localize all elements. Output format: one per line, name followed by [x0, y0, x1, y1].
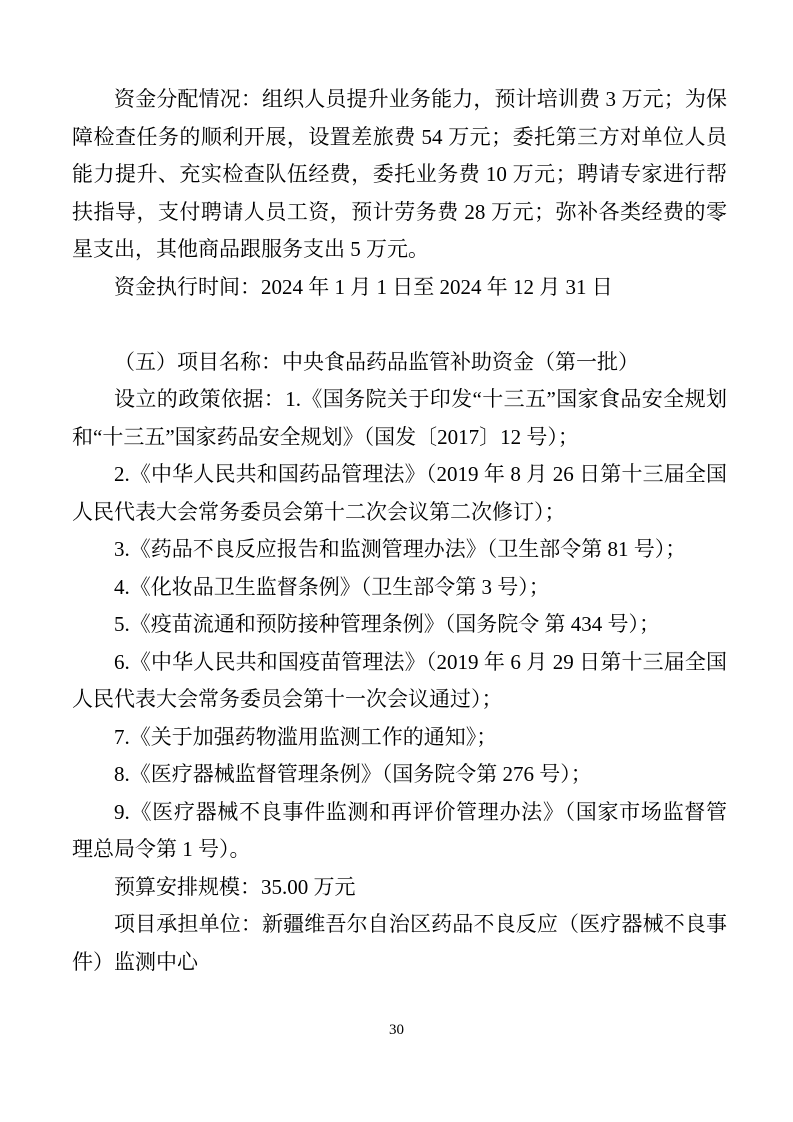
paragraph-policy-basis-7: 7.《关于加强药物滥用监测工作的通知》；	[72, 719, 727, 757]
document-page: 资金分配情况：组织人员提升业务能力，预计培训费 3 万元；为保障检查任务的顺利开…	[0, 0, 793, 1122]
paragraph-policy-basis-8: 8.《医疗器械监督管理条例》（国务院令第 276 号）；	[72, 756, 727, 794]
paragraph-budget-scale: 预算安排规模：35.00 万元	[72, 869, 727, 907]
paragraph-undertaking-unit: 项目承担单位：新疆维吾尔自治区药品不良反应（医疗器械不良事件）监测中心	[72, 906, 727, 981]
paragraph-policy-basis-9: 9.《医疗器械不良事件监测和再评价管理办法》（国家市场监督管理总局令第 1 号）…	[72, 794, 727, 869]
paragraph-policy-basis-2: 2.《中华人民共和国药品管理法》（2019 年 8 月 26 日第十三届全国人民…	[72, 456, 727, 531]
paragraph-project-name: （五）项目名称：中央食品药品监管补助资金（第一批）	[72, 344, 727, 382]
document-body: 资金分配情况：组织人员提升业务能力，预计培训费 3 万元；为保障检查任务的顺利开…	[72, 81, 727, 981]
paragraph-policy-basis-5: 5.《疫苗流通和预防接种管理条例》（国务院令 第 434 号）；	[72, 606, 727, 644]
page-number: 30	[0, 1019, 793, 1041]
blank-line	[72, 306, 727, 344]
paragraph-policy-basis-1: 设立的政策依据：1.《国务院关于印发“十三五”国家食品安全规划和“十三五”国家药…	[72, 381, 727, 456]
paragraph-policy-basis-4: 4.《化妆品卫生监督条例》（卫生部令第 3 号）；	[72, 569, 727, 607]
paragraph-fund-allocation: 资金分配情况：组织人员提升业务能力，预计培训费 3 万元；为保障检查任务的顺利开…	[72, 81, 727, 269]
paragraph-policy-basis-3: 3.《药品不良反应报告和监测管理办法》（卫生部令第 81 号）；	[72, 531, 727, 569]
paragraph-fund-execution-period: 资金执行时间：2024 年 1 月 1 日至 2024 年 12 月 31 日	[72, 269, 727, 307]
paragraph-policy-basis-6: 6.《中华人民共和国疫苗管理法》（2019 年 6 月 29 日第十三届全国人民…	[72, 644, 727, 719]
